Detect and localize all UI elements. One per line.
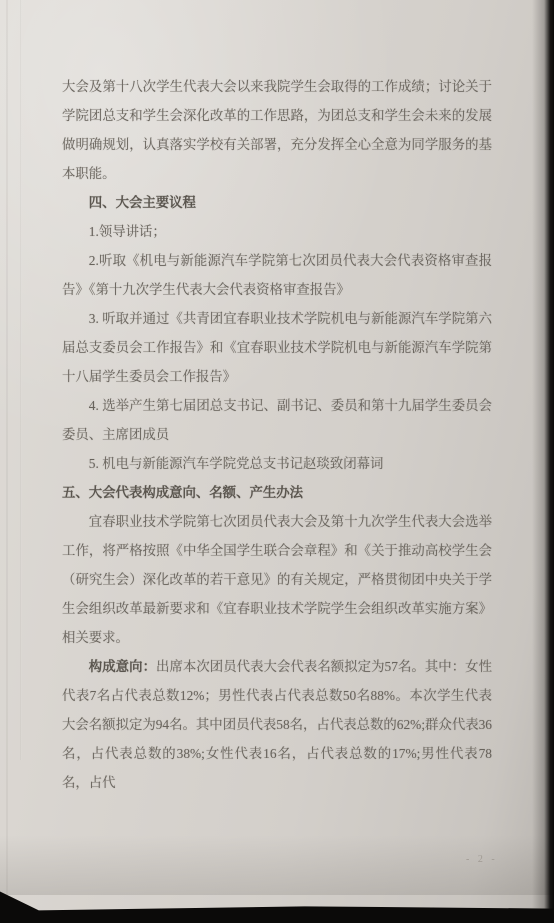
agenda-item-4: 4. 选举产生第七届团总支书记、副书记、委员和第十九届学生委员会委员、主席团成员 xyxy=(62,391,492,449)
document-body: 大会及第十八次学生代表大会以来我院学生会取得的工作成绩；讨论关于学院团总支和学生… xyxy=(62,72,492,797)
paragraph-composition-intent: 构成意向：出席本次团员代表大会代表名额拟定为57名。其中：女性代表7名占代表总数… xyxy=(62,652,492,797)
agenda-item-1: 1.领导讲话； xyxy=(62,217,492,246)
section-heading-delegates: 五、大会代表构成意向、名额、产生办法 xyxy=(62,478,492,507)
photo-right-edge xyxy=(532,0,554,923)
page-number: - 2 - xyxy=(466,852,498,868)
section-heading-agenda: 四、大会主要议程 xyxy=(62,188,492,217)
agenda-item-5: 5. 机电与新能源汽车学院党总支书记赵琰致闭幕词 xyxy=(62,449,492,478)
paper-page: 大会及第十八次学生代表大会以来我院学生会取得的工作成绩；讨论关于学院团总支和学生… xyxy=(0,0,554,923)
composition-intent-text: 出席本次团员代表大会代表名额拟定为57名。其中：女性代表7名占代表总数12%；男… xyxy=(62,659,492,790)
agenda-item-3: 3. 听取并通过《共青团宜春职业技术学院机电与新能源汽车学院第六届总支委员会工作… xyxy=(62,304,492,391)
paragraph-continuation: 大会及第十八次学生代表大会以来我院学生会取得的工作成绩；讨论关于学院团总支和学生… xyxy=(62,72,492,188)
paper-fold-line xyxy=(20,0,22,760)
composition-intent-label: 构成意向： xyxy=(89,659,156,674)
photo-bottom-edge xyxy=(0,878,554,923)
paper-edge-line xyxy=(6,0,8,923)
agenda-item-2: 2.听取《机电与新能源汽车学院第七次团员代表大会代表资格审查报告》《第十九次学生… xyxy=(62,246,492,304)
paragraph-election-rules: 宜春职业技术学院第七次团员代表大会及第十九次学生代表大会选举工作，将严格按照《中… xyxy=(62,507,492,652)
